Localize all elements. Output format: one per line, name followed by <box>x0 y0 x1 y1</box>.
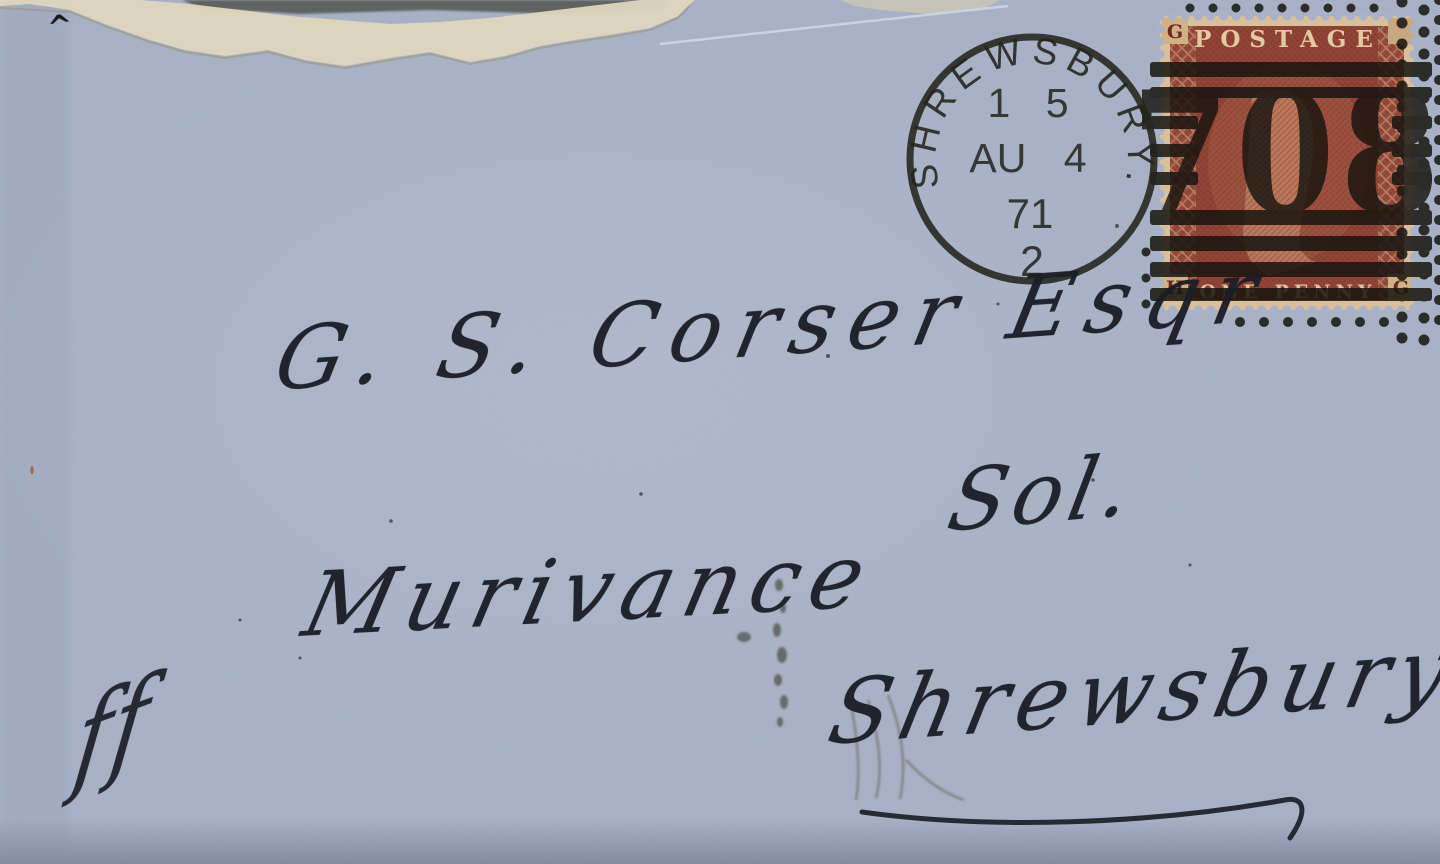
stamp-top-label: POSTAGE <box>1194 26 1382 53</box>
postmark-code: 2 <box>1020 238 1044 286</box>
postmark-time: 1 5 <box>988 80 1081 126</box>
corner-letter-top-left: G <box>1167 21 1183 43</box>
envelope-scan: POSTAGE ONE PENNY G H G <box>0 0 1440 864</box>
postmark-date: AU 4 <box>969 135 1086 181</box>
postmark-year: 71 <box>1007 190 1054 237</box>
cancel-number: 708 <box>1131 55 1440 252</box>
envelope-artwork: POSTAGE ONE PENNY G H G <box>0 0 1440 864</box>
